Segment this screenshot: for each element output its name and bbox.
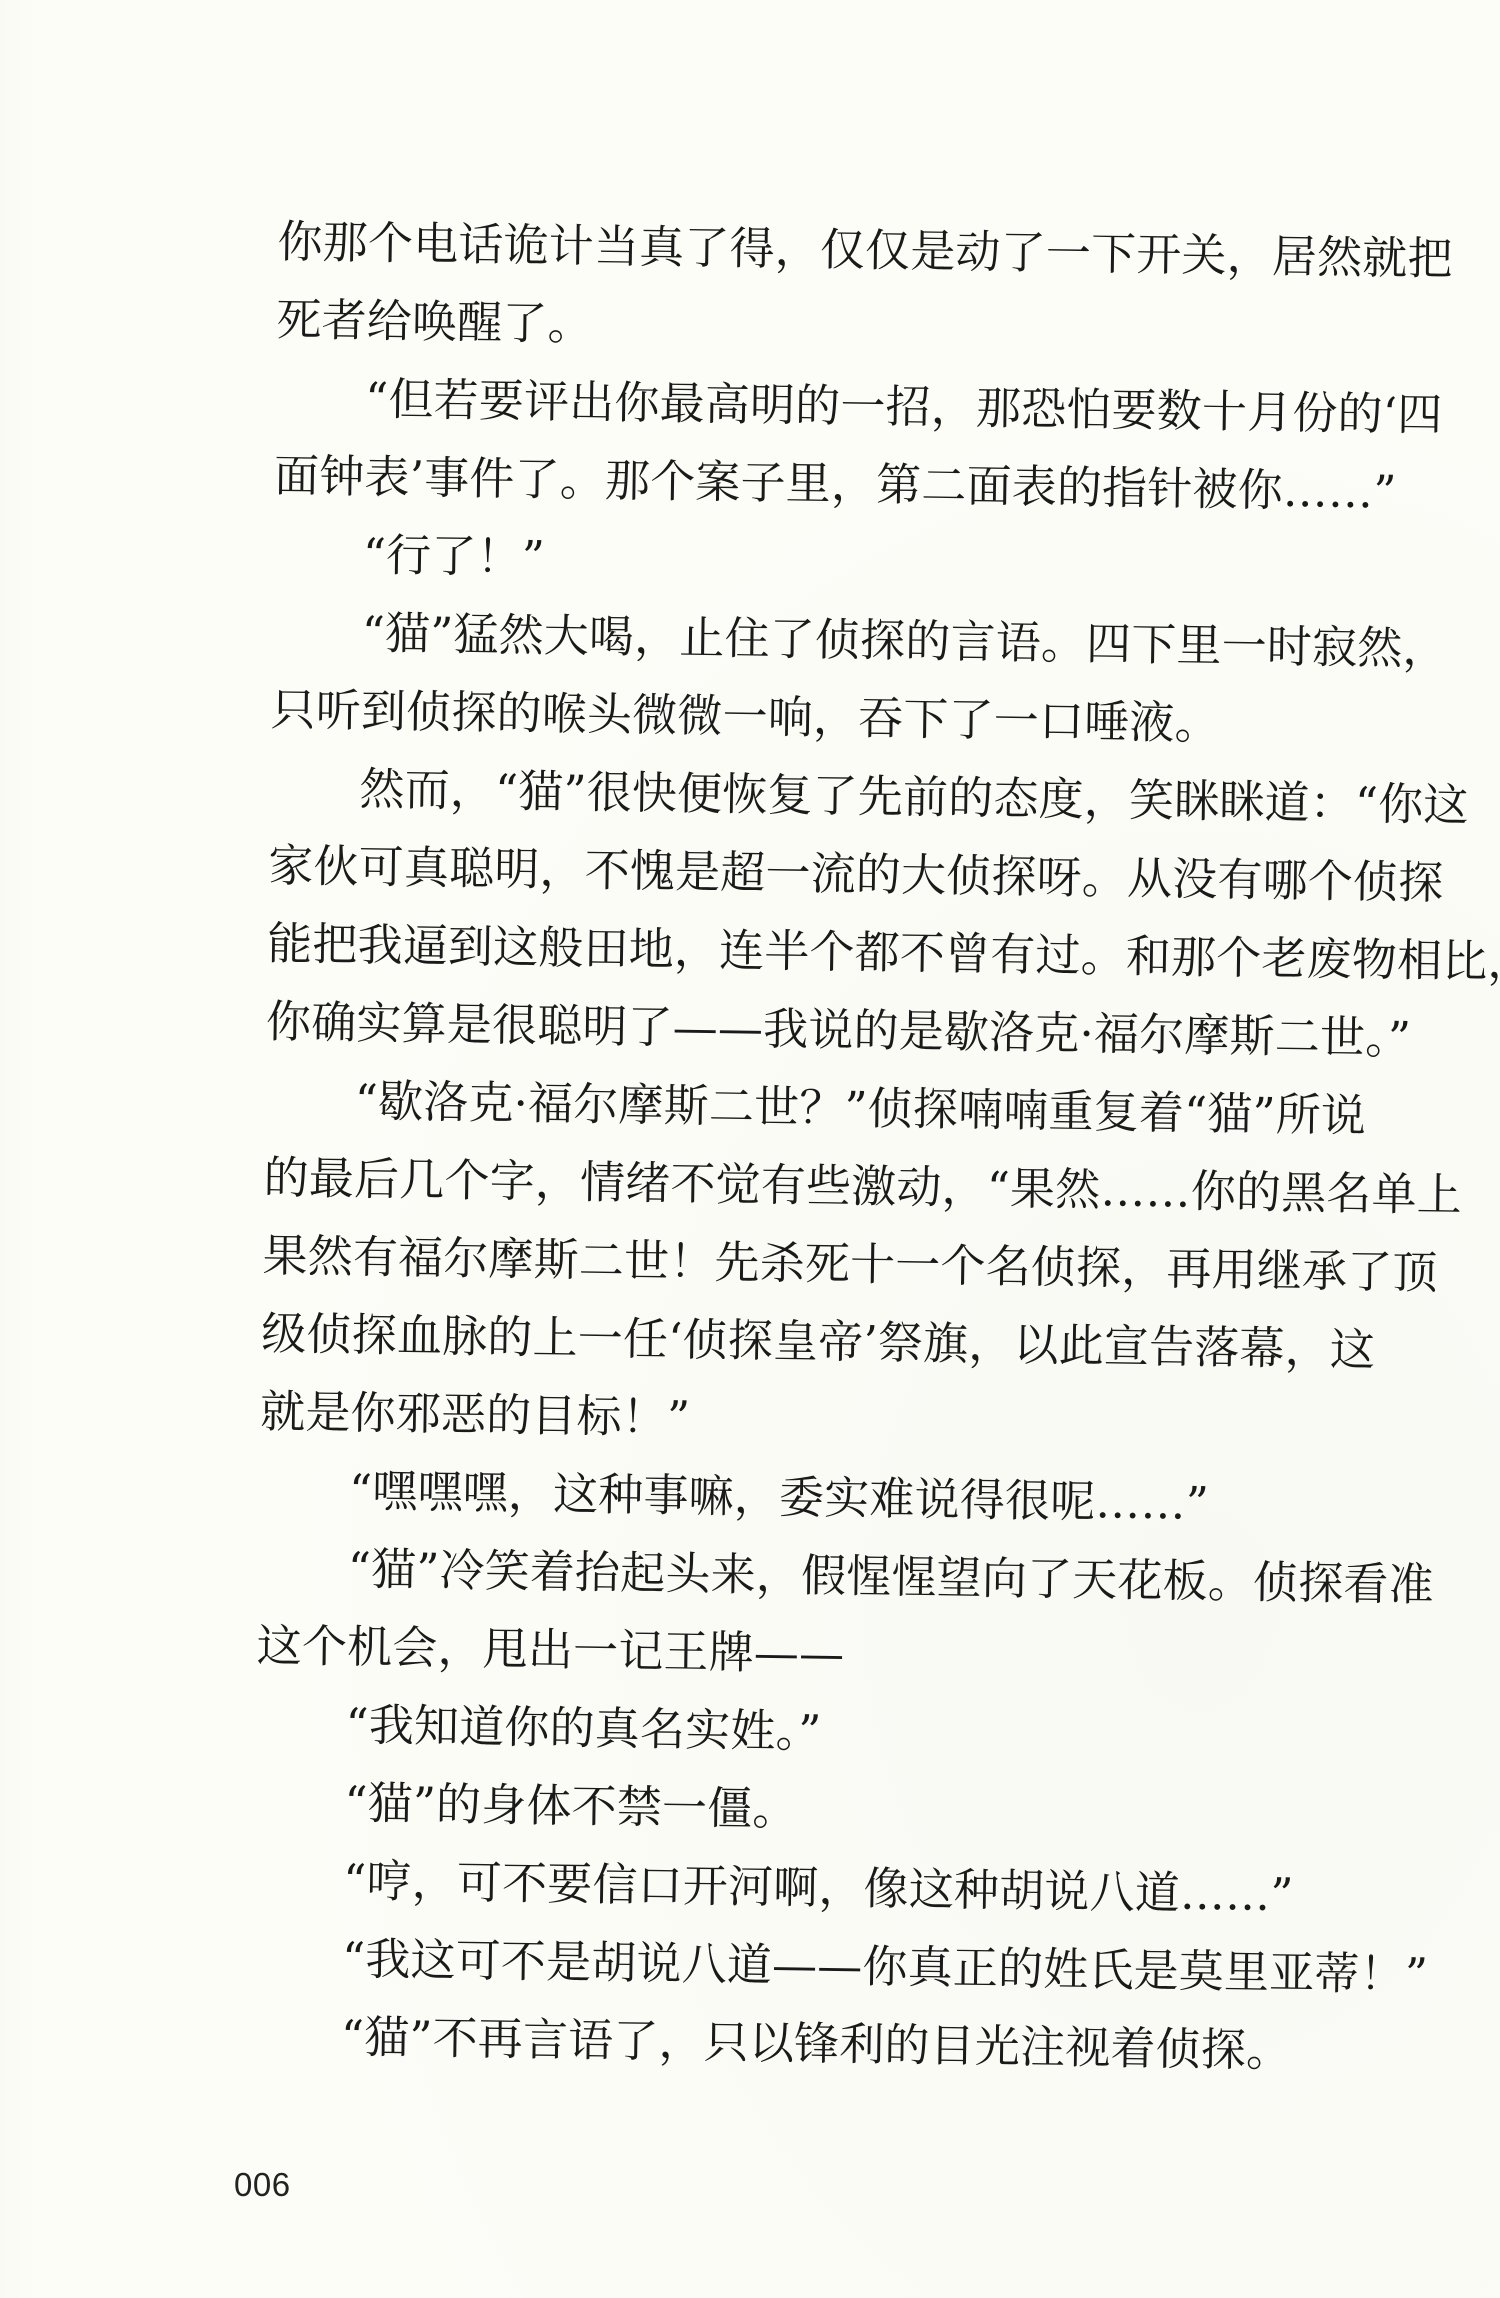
- text-line: “猫”不再言语了，只以锋利的目光注视着侦探。: [250, 2008, 1351, 2102]
- book-page: 你那个电话诡计当真了得，仅仅是动了一下开关，居然就把 死者给唤醒了。 “但若要评…: [0, 0, 1500, 2298]
- body-text: 你那个电话诡计当真了得，仅仅是动了一下开关，居然就把 死者给唤醒了。 “但若要评…: [250, 214, 1378, 2102]
- page-number: 006: [234, 2166, 291, 2204]
